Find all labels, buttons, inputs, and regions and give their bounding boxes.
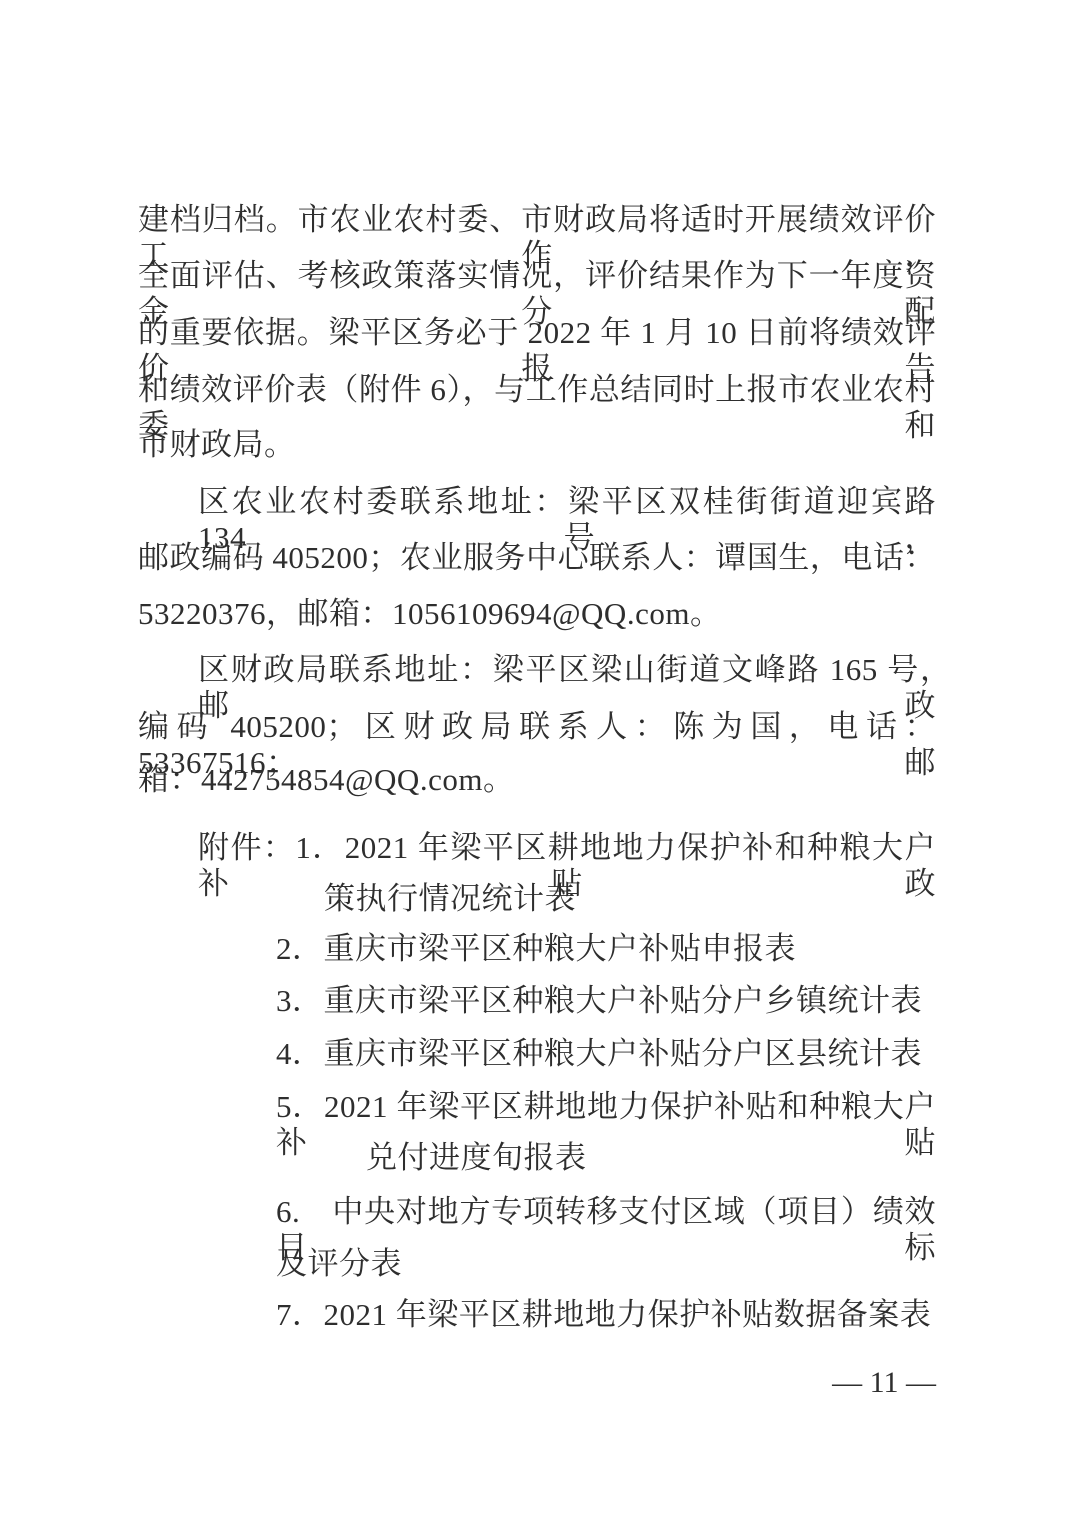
attachment-item-3: 3．重庆市梁平区种粮大户补贴分户乡镇统计表	[138, 983, 936, 1019]
paragraph2-line: 53220376，邮箱：1056109694@QQ.com。	[138, 596, 936, 632]
page-footer: — 11 —	[138, 1366, 936, 1400]
paragraph3-line: 箱：442754854@QQ.com。	[138, 762, 936, 798]
page-number: — 11 —	[832, 1366, 936, 1399]
paragraph1-line: 市财政局。	[138, 427, 936, 463]
attachment-item-4: 4．重庆市梁平区种粮大户补贴分户区县统计表	[138, 1036, 936, 1072]
attachment-item-5-cont: 兑付进度旬报表	[138, 1140, 936, 1176]
paragraph2-line: 邮政编码 405200；农业服务中心联系人：谭国生，电话：	[138, 540, 936, 576]
attachment-item-6-cont: 及评分表	[138, 1246, 936, 1282]
document-page: 建档归档。市农业农村委、市财政局将适时开展绩效评价工作， 全面评估、考核政策落实…	[0, 0, 1074, 1520]
attachment-item-1-cont: 策执行情况统计表	[138, 881, 936, 917]
attachment-item-2: 2．重庆市梁平区种粮大户补贴申报表	[138, 931, 936, 967]
attachment-item-7: 7．2021 年梁平区耕地地力保护补贴数据备案表	[138, 1297, 936, 1333]
